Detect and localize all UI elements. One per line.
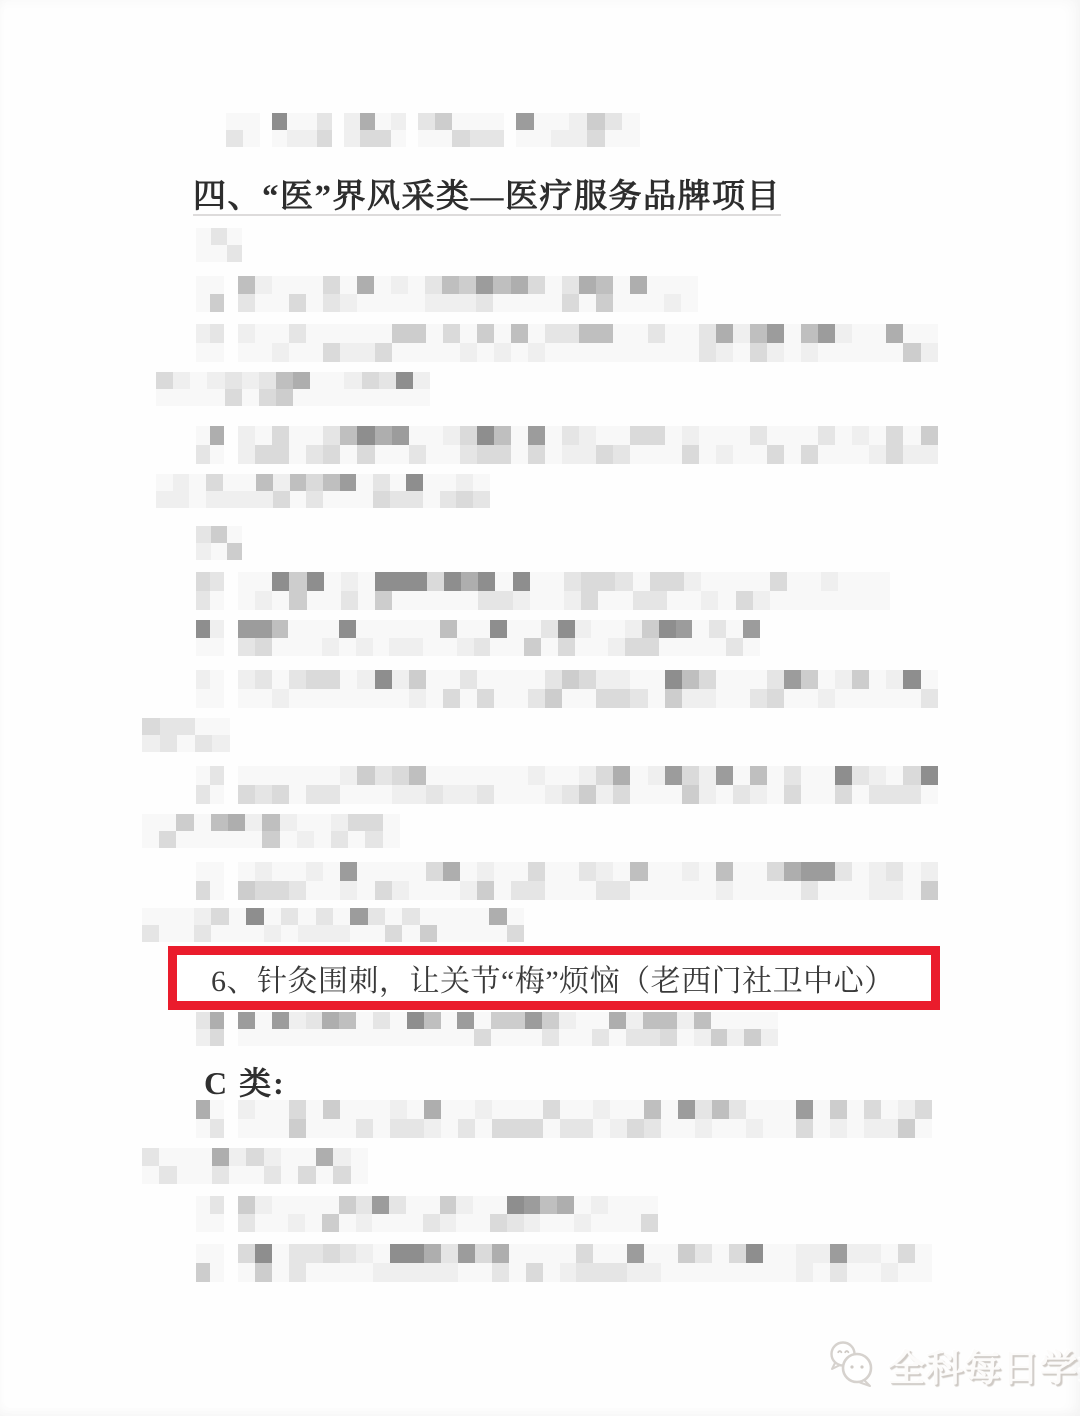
redacted-text-line (238, 1244, 932, 1282)
document-page: 四、“医”界风采类—医疗服务品牌项目 6、针灸围刺，让关节“梅”烦恼（老西门社卫… (0, 0, 1080, 1416)
redacted-text-line (196, 1244, 224, 1282)
redacted-text-line (196, 324, 224, 362)
redacted-text-line (238, 572, 890, 610)
redacted-text-line (196, 228, 242, 262)
redacted-text-line (142, 718, 230, 752)
redacted-text-line (156, 474, 490, 508)
redacted-text-line (142, 814, 400, 848)
watermark-text: 全科每日学报 (888, 1338, 1080, 1392)
redacted-text-line (196, 1100, 224, 1138)
redacted-text-line (196, 620, 224, 656)
redacted-text-line (196, 862, 224, 900)
redacted-text-line (196, 426, 224, 464)
redacted-text-line (238, 276, 698, 312)
redacted-text-line (238, 426, 938, 464)
redacted-text-line (344, 113, 406, 147)
redacted-text-line (196, 670, 224, 708)
redacted-text-line (238, 766, 938, 804)
redacted-text-line (196, 572, 224, 610)
redacted-text-line (196, 766, 224, 804)
redacted-text-line (196, 276, 224, 312)
redacted-text-line (418, 113, 504, 147)
redacted-text-line (272, 113, 332, 147)
redacted-text-line (142, 1148, 368, 1184)
redacted-text-line (196, 1012, 224, 1046)
redacted-text-line (238, 324, 938, 362)
highlighted-entry: 6、针灸围刺，让关节“梅”烦恼（老西门社卫中心） (177, 956, 895, 1000)
redacted-text-line (226, 113, 260, 147)
redacted-text-line (196, 1196, 224, 1232)
redacted-text-line (238, 670, 938, 708)
wechat-icon (826, 1340, 878, 1390)
redacted-text-line (156, 372, 430, 406)
watermark: 全科每日学报 (826, 1338, 1080, 1392)
redacted-text-line (196, 526, 242, 560)
redacted-text-line (238, 862, 938, 900)
section-heading: 四、“医”界风采类—医疗服务品牌项目 (193, 170, 781, 217)
redacted-text-line (238, 1012, 778, 1046)
redacted-text-line (516, 113, 640, 147)
redacted-text-line (238, 620, 760, 656)
redacted-text-line (142, 908, 524, 942)
highlight-box: 6、针灸围刺，让关节“梅”烦恼（老西门社卫中心） (168, 946, 940, 1010)
category-c-label: C 类: (204, 1058, 286, 1104)
redacted-text-line (238, 1196, 658, 1232)
redacted-text-line (238, 1100, 932, 1138)
